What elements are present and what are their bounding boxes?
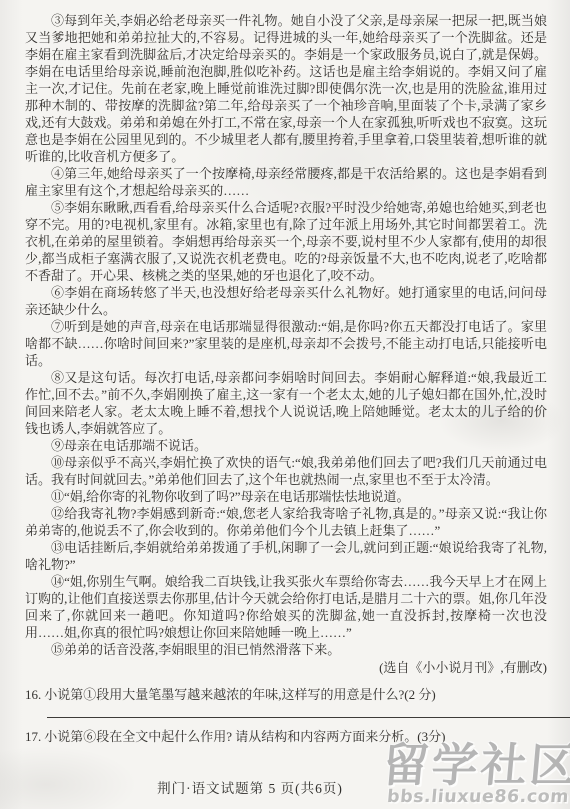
exam-scan-page: ③每到年关,李娟必给老母亲买一件礼物。她自小没了父亲,是母亲屎一把尿一把,既当娘… [0, 0, 570, 809]
passage-paragraph-7: ⑦听到是她的声音,母亲在电话那端显得很激动:“娟,是你吗?你五天都没打电话了。家… [25, 318, 547, 369]
passage-paragraph-4: ④第三年,她给母亲买了一个按摩椅,母亲经常腰疼,都是干农活给累的。这也是李娟看到… [25, 165, 547, 199]
passage-paragraph-3: ③每到年关,李娟必给老母亲买一件礼物。她自小没了父亲,是母亲屎一把尿一把,既当娘… [25, 12, 547, 165]
answer-line [47, 717, 570, 718]
question-16-number: 16. [25, 687, 41, 702]
question-16-text: 小说第①段用大量笔墨写越来越浓的年味,这样写的用意是什么?(2 分) [44, 687, 435, 702]
passage-paragraph-12: ⑫给我寄礼物?李娟感到新奇:“娘,您老人家给我寄啥子礼物,真是的。”母亲又说:“… [25, 505, 547, 539]
question-16: 16.小说第①段用大量笔墨写越来越浓的年味,这样写的用意是什么?(2 分) [25, 686, 547, 703]
passage-paragraph-13: ⑬电话挂断后,李娟就给弟弟拨通了手机,闲聊了一会儿,就问到正题:“娘说给我寄了礼… [25, 539, 547, 573]
passage-paragraph-8: ⑧又是这句话。每次打电话,母亲都问李娟啥时间回去。李娟耐心解释道:“娘,我最近工… [25, 369, 547, 437]
passage-paragraph-9: ⑨母亲在电话那端不说话。 [25, 437, 547, 454]
question-17-number: 17. [25, 729, 41, 744]
passage-paragraph-14: ⑭“姐,你别生气啊。娘给我二百块钱,让我买张火车票给你寄去……我今天早上才在网上… [25, 573, 547, 641]
source-attribution: (选自《小小说月刊》,有删改) [25, 659, 547, 676]
passage-paragraph-5: ⑤李娟东瞅瞅,西看看,给母亲买什么合适呢?衣服?平时没少给她寄,弟媳也给她买,到… [25, 199, 547, 284]
passage-paragraph-11: ⑪“娟,给你寄的礼物你收到了吗?”母亲在电话那端怯怯地说道。 [25, 488, 547, 505]
reading-passage: ③每到年关,李娟必给老母亲买一件礼物。她自小没了父亲,是母亲屎一把尿一把,既当娘… [25, 12, 547, 745]
passage-paragraph-10: ⑩母亲似乎不高兴,李娟忙换了欢快的语气:“娘,我弟弟他们回去了吧?我们几天前通过… [25, 454, 547, 488]
passage-paragraph-15: ⑮弟弟的话音没落,李娟眼里的泪已悄然滑落下来。 [25, 641, 547, 658]
question-17-text: 小说第⑥段在全文中起什么作用? 请从结构和内容两方面来分析。(3分) [44, 729, 445, 744]
question-17: 17.小说第⑥段在全文中起什么作用? 请从结构和内容两方面来分析。(3分) [25, 728, 547, 745]
passage-paragraph-6: ⑥李娟在商场转悠了半天,也没想好给老母亲买什么礼物好。她打通家里的电话,问问母亲… [25, 284, 547, 318]
page-footer: 荆门·语文试题第 5 页(共6页) [0, 777, 500, 797]
watermark: 留学社区 bbs.liuxue86.com [379, 742, 570, 807]
